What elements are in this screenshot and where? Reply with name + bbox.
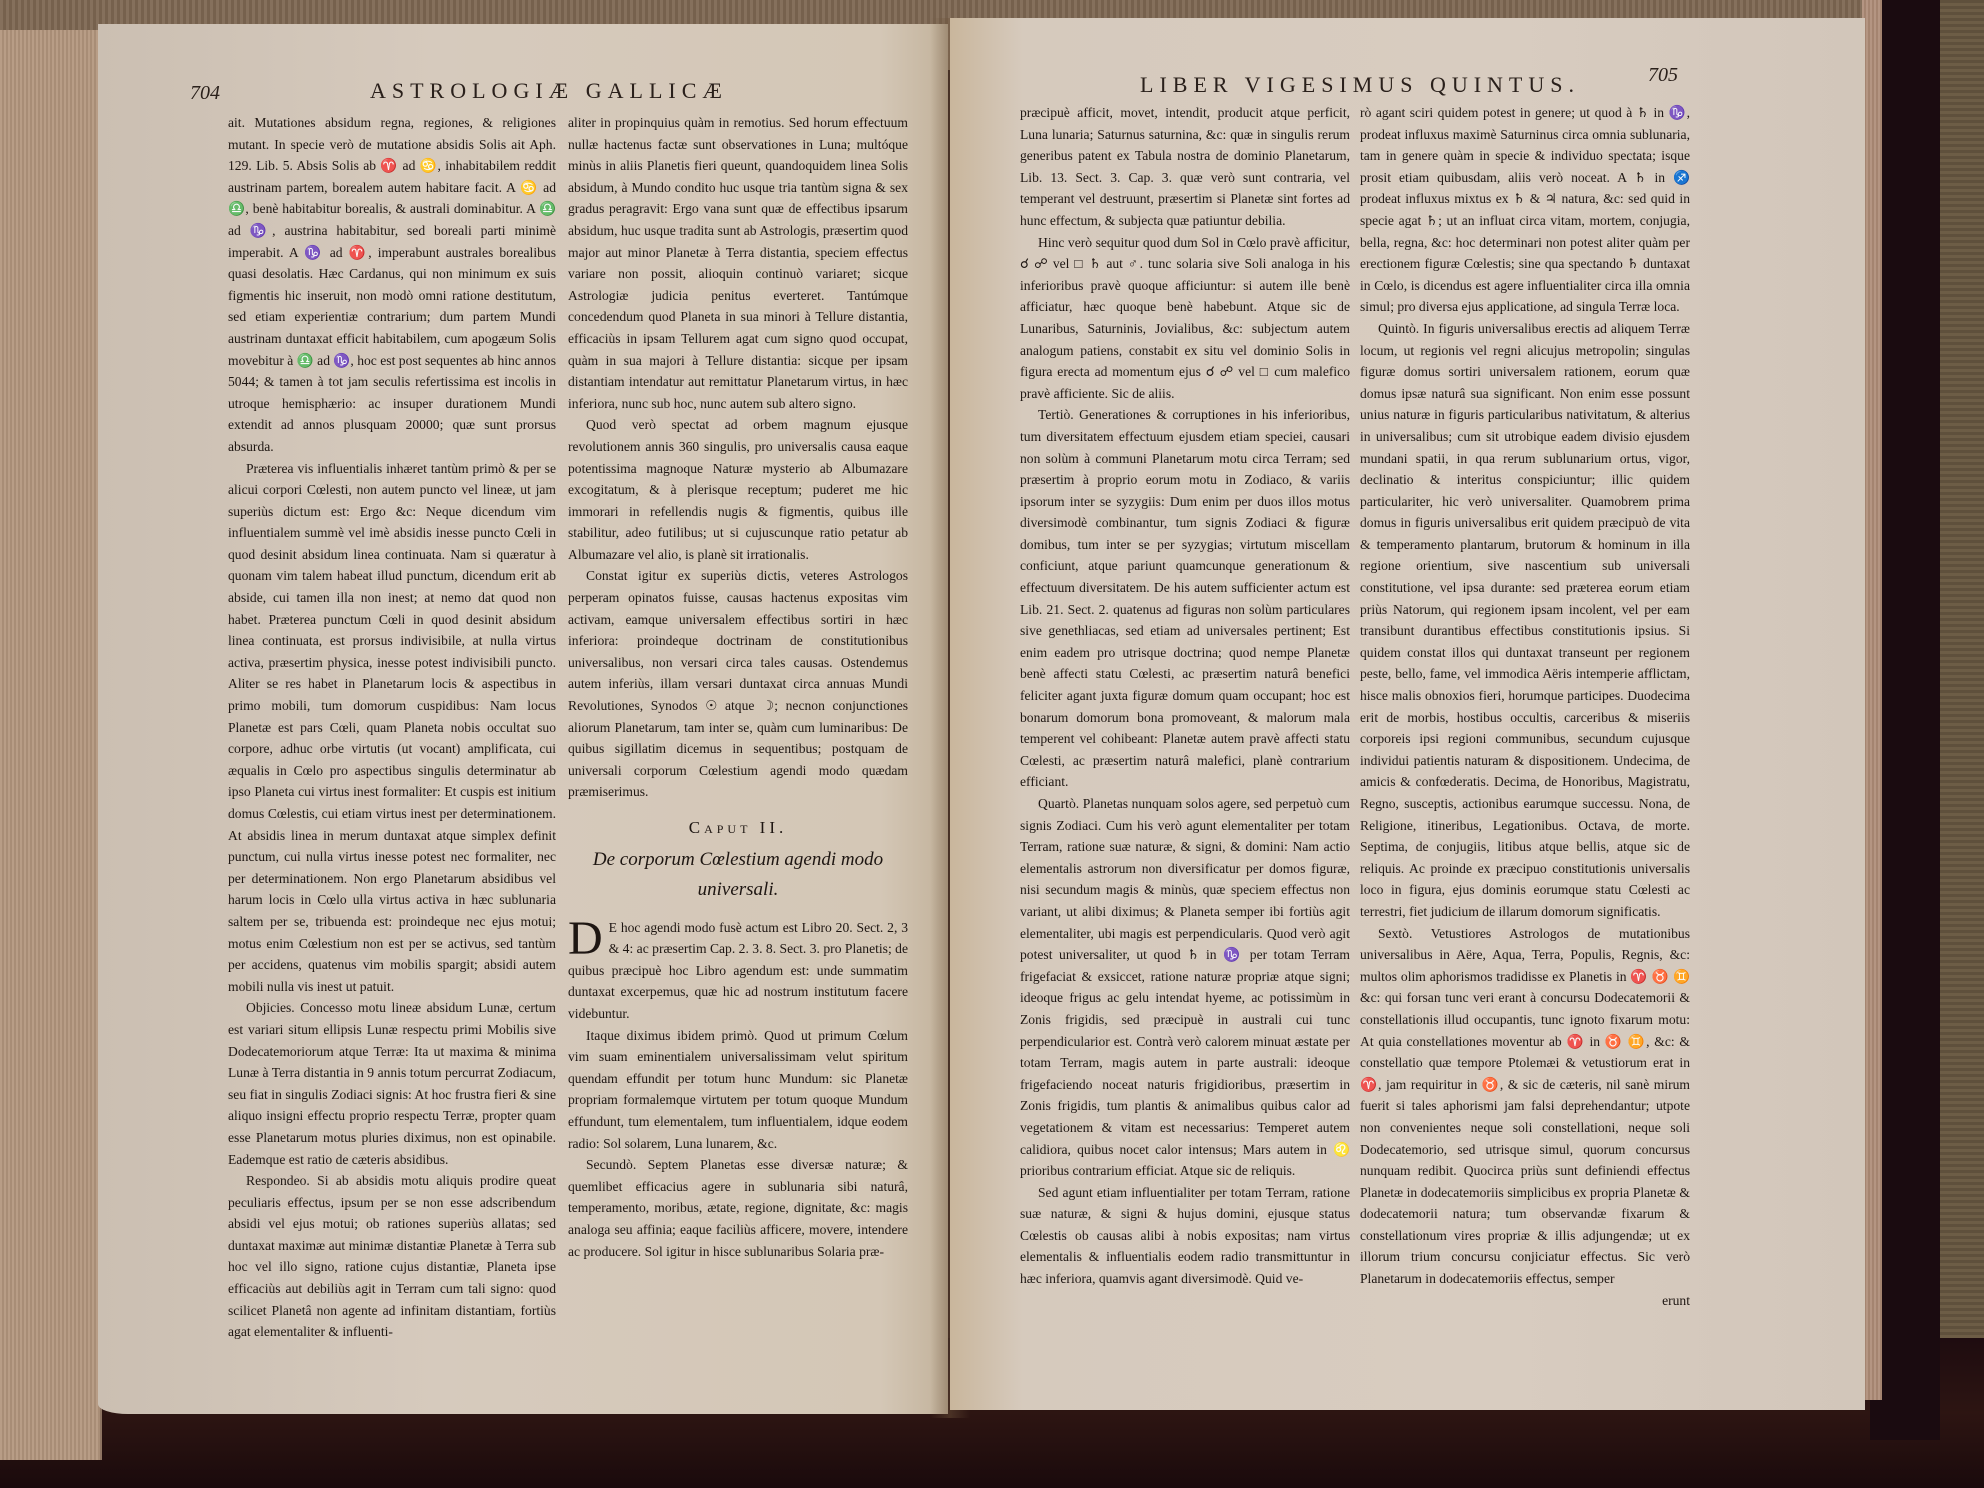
paragraph: Quod verò spectat ad orbem magnum ejusqu… (568, 414, 908, 565)
photo-scene: 704 ASTROLOGIÆ GALLICÆ ait. Mutationes a… (0, 0, 1984, 1488)
paragraph: Hinc verò sequitur quod dum Sol in Cœlo … (1020, 232, 1350, 405)
paragraph: Sed agunt etiam influentialiter per tota… (1020, 1182, 1350, 1290)
chapter-label: Caput II. (568, 817, 908, 839)
paragraph: rò agant sciri quidem potest in genere; … (1360, 102, 1690, 318)
paragraph: præcipuè afficit, movet, intendit, produ… (1020, 102, 1350, 232)
paragraph: Itaque diximus ibidem primò. Quod ut pri… (568, 1025, 908, 1155)
paragraph-text: E hoc agendi modo fusè actum est Libro 2… (568, 920, 908, 1021)
paragraph: Præterea vis influentialis inhæret tantù… (228, 458, 556, 998)
folio-left: 704 (190, 82, 220, 105)
paragraph: ait. Mutationes absidum regna, regiones,… (228, 112, 556, 458)
paragraph: Constat igitur ex superiùs dictis, veter… (568, 565, 908, 803)
right-page: LIBER VIGESIMUS QUINTUS. 705 præcipuè af… (950, 18, 1865, 1410)
column-2: aliter in propinquius quàm in remotius. … (568, 112, 908, 1262)
paragraph: Tertiò. Generationes & corruptiones in h… (1020, 404, 1350, 793)
column-4: rò agant sciri quidem potest in genere; … (1360, 102, 1690, 1311)
running-head-left: ASTROLOGIÆ GALLICÆ (370, 78, 728, 104)
paragraph: Secundò. Septem Planetas esse diversæ na… (568, 1154, 908, 1262)
column-3: præcipuè afficit, movet, intendit, produ… (1020, 102, 1350, 1290)
paragraph: Objicies. Concesso motu lineæ absidum Lu… (228, 997, 556, 1170)
right-page-block-edge (1862, 0, 1882, 1400)
running-head-right: LIBER VIGESIMUS QUINTUS. (1140, 72, 1580, 98)
left-page: 704 ASTROLOGIÆ GALLICÆ ait. Mutationes a… (98, 24, 948, 1414)
paragraph: Quartò. Planetas nunquam solos agere, se… (1020, 793, 1350, 1182)
paragraph: Quintò. In figuris universalibus erectis… (1360, 318, 1690, 923)
drop-cap: D (568, 919, 603, 959)
paragraph: aliter in propinquius quàm in remotius. … (568, 112, 908, 414)
paragraph: Sextò. Vetustiores Astrologos de mutatio… (1360, 923, 1690, 1290)
catchword: erunt (1360, 1290, 1690, 1312)
left-page-block-edge (0, 30, 102, 1460)
folio-right: 705 (1648, 64, 1678, 87)
paragraph: Respondeo. Si ab absidis motu aliquis pr… (228, 1170, 556, 1343)
column-1: ait. Mutationes absidum regna, regiones,… (228, 112, 556, 1343)
chapter-opening: DE hoc agendi modo fusè actum est Libro … (568, 917, 908, 1025)
chapter-title: De corporum Cœlestium agendi modo univer… (568, 845, 908, 905)
